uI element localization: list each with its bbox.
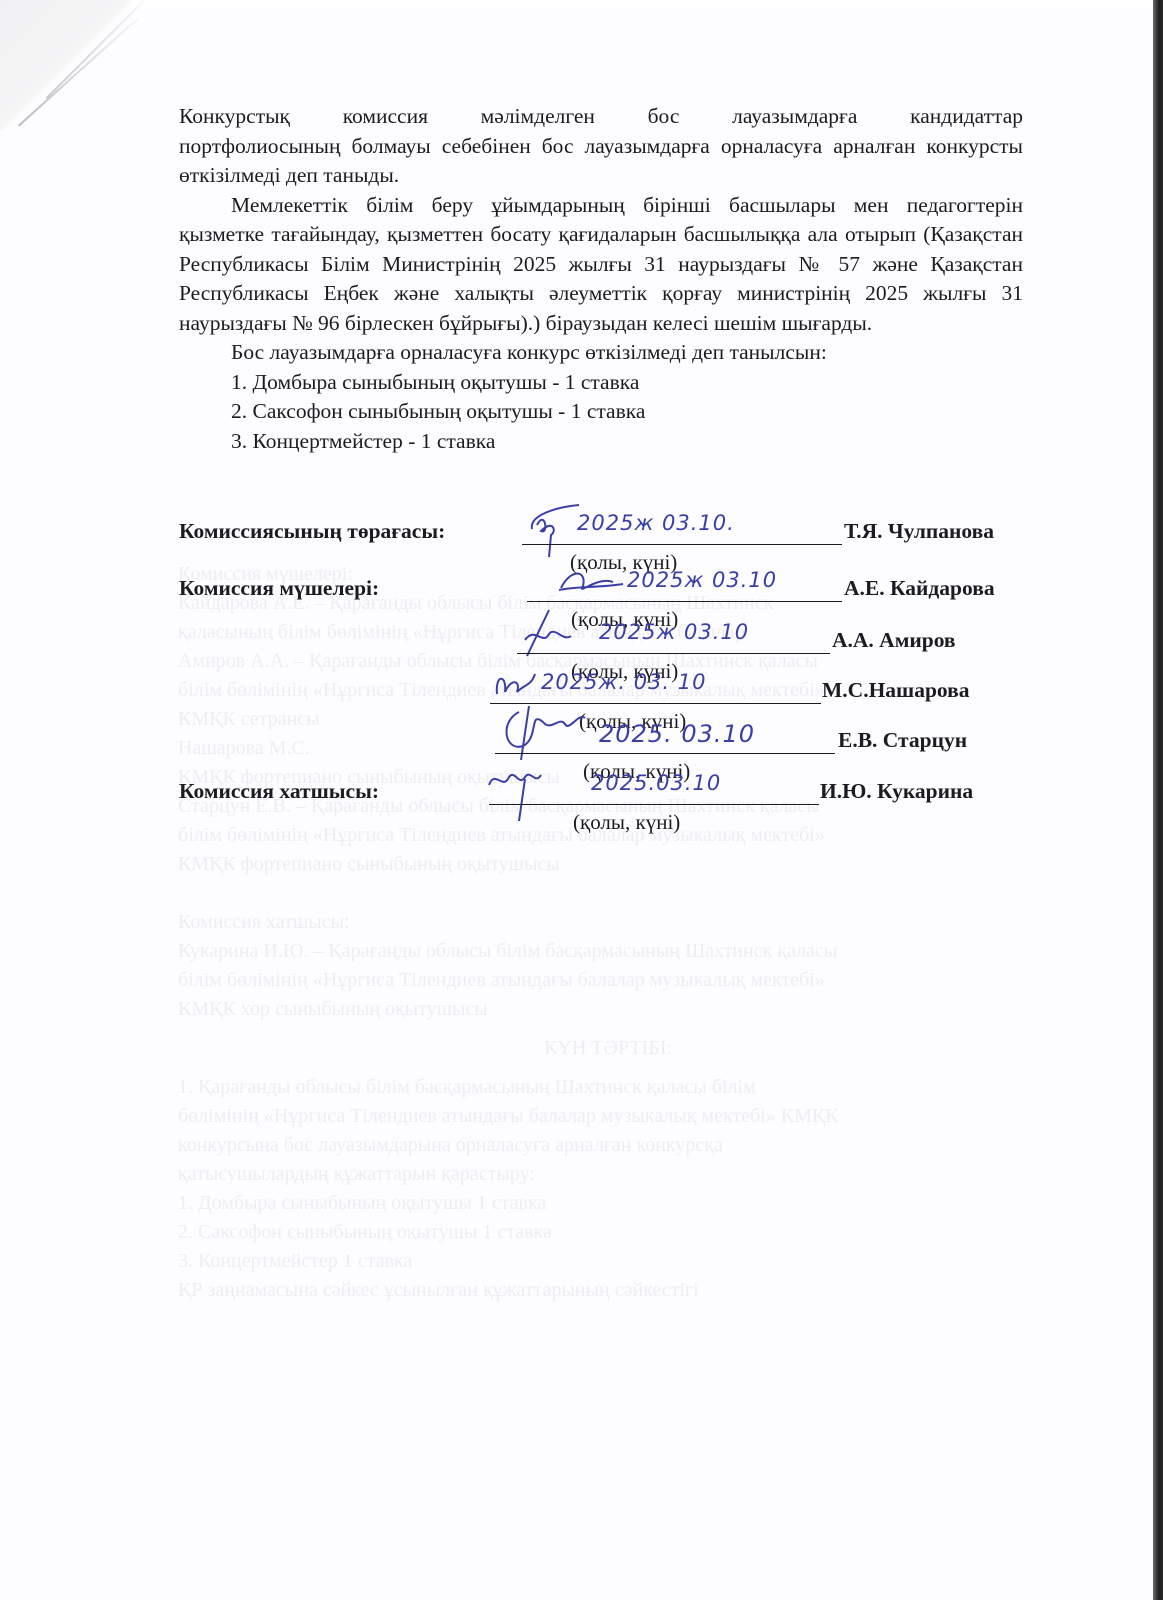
signature-block: Комиссиясының төрағасы: 2025ж 03.10. Т.Я… [179,519,1039,829]
ghost-line: 2. Саксофон сыныбының оқытушы 1 ставка [178,1218,1038,1247]
folded-corner [0,0,140,130]
role-label: Комиссия мүшелері: [179,576,379,601]
signatory-name: Т.Я. Чулпанова [844,519,994,544]
signature-line [489,804,819,805]
position-item-accompanist: 3. Концертмейстер - 1 ставка [179,427,1023,457]
ghost-line: конкурсына бос лауазымдарына орналасуға … [178,1131,1038,1160]
signature-line [527,601,842,602]
ghost-line: 1. Қарағанды облысы білім басқармасының … [178,1073,1038,1102]
ghost-line: білім бөлімінің «Нұргиса Тілендиев атынд… [178,966,1038,995]
scan-edge-shadow [1153,0,1163,1600]
ghost-line: КМҚК хор сыныбының оқытушысы [178,995,1038,1024]
signature-caption: (қолы, күні) [573,810,680,835]
signature-scribble-icon [491,668,541,704]
scan-top-margin [0,0,1153,8]
signatory-name: Е.В. Старцун [838,728,967,753]
role-label: Комиссиясының төрағасы: [179,519,445,544]
paragraph-decision-intro: Конкурстық комиссия мәлімделген бос лауа… [179,102,1023,191]
ghost-line: қатысушылардың құжаттарын қарастыру: [178,1160,1038,1189]
signatory-name: А.А. Амиров [832,628,956,653]
paragraph-legal-basis: Мемлекеттік білім беру ұйымдарының бірін… [179,191,1023,339]
ghost-line: Кукарина И.Ю. – Қарағанды облысы білім б… [178,937,1038,966]
signatory-name: А.Е. Кайдарова [844,576,995,601]
signature-scribble-icon [557,566,627,602]
signatory-name: И.Ю. Кукарина [820,779,973,804]
ghost-line: Комиссия хатшысы: [178,908,1038,937]
ghost-line: 3. Концертмейстер 1 ставка [178,1247,1038,1276]
ghost-line: бөлімінің «Нұргиса Тілендиев атындағы ба… [178,1102,1038,1131]
signature-line [517,653,830,654]
position-item-saxophone: 2. Саксофон сыныбының оқытушы - 1 ставка [179,397,1023,427]
handwritten-date: 2025. 03.10 [599,720,755,748]
role-label: Комиссия хатшысы: [179,779,379,804]
handwritten-date: 2025ж 03.10 [599,620,749,644]
handwritten-date: 2025ж. 03. 10 [541,670,707,694]
signatory-name: М.С.Нашарова [822,678,969,703]
signature-line [495,753,835,754]
ghost-line: 1. Домбыра сыныбының оқытушы 1 ставка [178,1189,1038,1218]
paragraph-resolution: Бос лауазымдарға орналасуға конкурс өткі… [179,338,1023,368]
signature-scribble-icon [519,606,579,666]
document-body: Конкурстық комиссия мәлімделген бос лауа… [179,102,1023,456]
signature-row-secretary: Комиссия хатшысы: 2025.03.10 И.Ю. Кукари… [179,779,1039,829]
signature-scribble-icon [485,765,555,825]
paragraph-line: Конкурстық комиссия мәлімделген бос лауа… [179,102,1023,132]
ghost-line: ҚР заңнамасына сәйкес ұсынылған құжаттар… [178,1276,1038,1305]
handwritten-date: 2025ж 03.10. [577,511,735,535]
ghost-heading: КҮН ТӘРТІБІ: [178,1024,1038,1073]
ghost-line: КМҚК фортепиано сыныбының оқытушысы [178,850,1038,879]
handwritten-date: 2025.03.10 [591,771,721,795]
position-item-dombra: 1. Домбыра сыныбының оқытушы - 1 ставка [179,368,1023,398]
handwritten-date: 2025ж 03.10 [627,568,777,592]
signature-line [522,544,842,545]
paragraph-text: портфолиосының болмауы себебінен бос лау… [179,134,1023,188]
